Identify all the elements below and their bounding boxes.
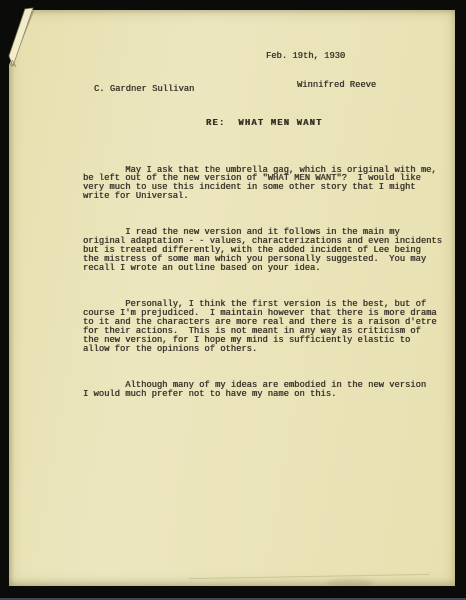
- fold-flap: [9, 8, 33, 66]
- letter-right-name: Winnifred Reeve: [297, 81, 376, 90]
- paper-smudge: [327, 579, 373, 587]
- letter-paragraph-1: May I ask that the umbrella gag, which i…: [83, 166, 442, 202]
- letter-paragraph-4: Although many of my ideas are embodied i…: [83, 381, 442, 399]
- letter-subject: RE: WHAT MEN WANT: [206, 119, 323, 128]
- letter-paragraph-3: Personally, I think the first version is…: [83, 300, 442, 354]
- paper-crease: [189, 574, 429, 579]
- folded-corner: [0, 0, 50, 80]
- letter-date: Feb. 19th, 1930: [266, 52, 345, 61]
- letter-body: May I ask that the umbrella gag, which i…: [83, 148, 442, 426]
- letter-left-name: C. Gardner Sullivan: [94, 85, 194, 94]
- letter-paragraph-2: I read the new version and it follows in…: [83, 228, 442, 273]
- scanned-letter-view: Feb. 19th, 1930 C. Gardner Sullivan Winn…: [0, 0, 466, 600]
- letter-page: Feb. 19th, 1930 C. Gardner Sullivan Winn…: [9, 10, 455, 586]
